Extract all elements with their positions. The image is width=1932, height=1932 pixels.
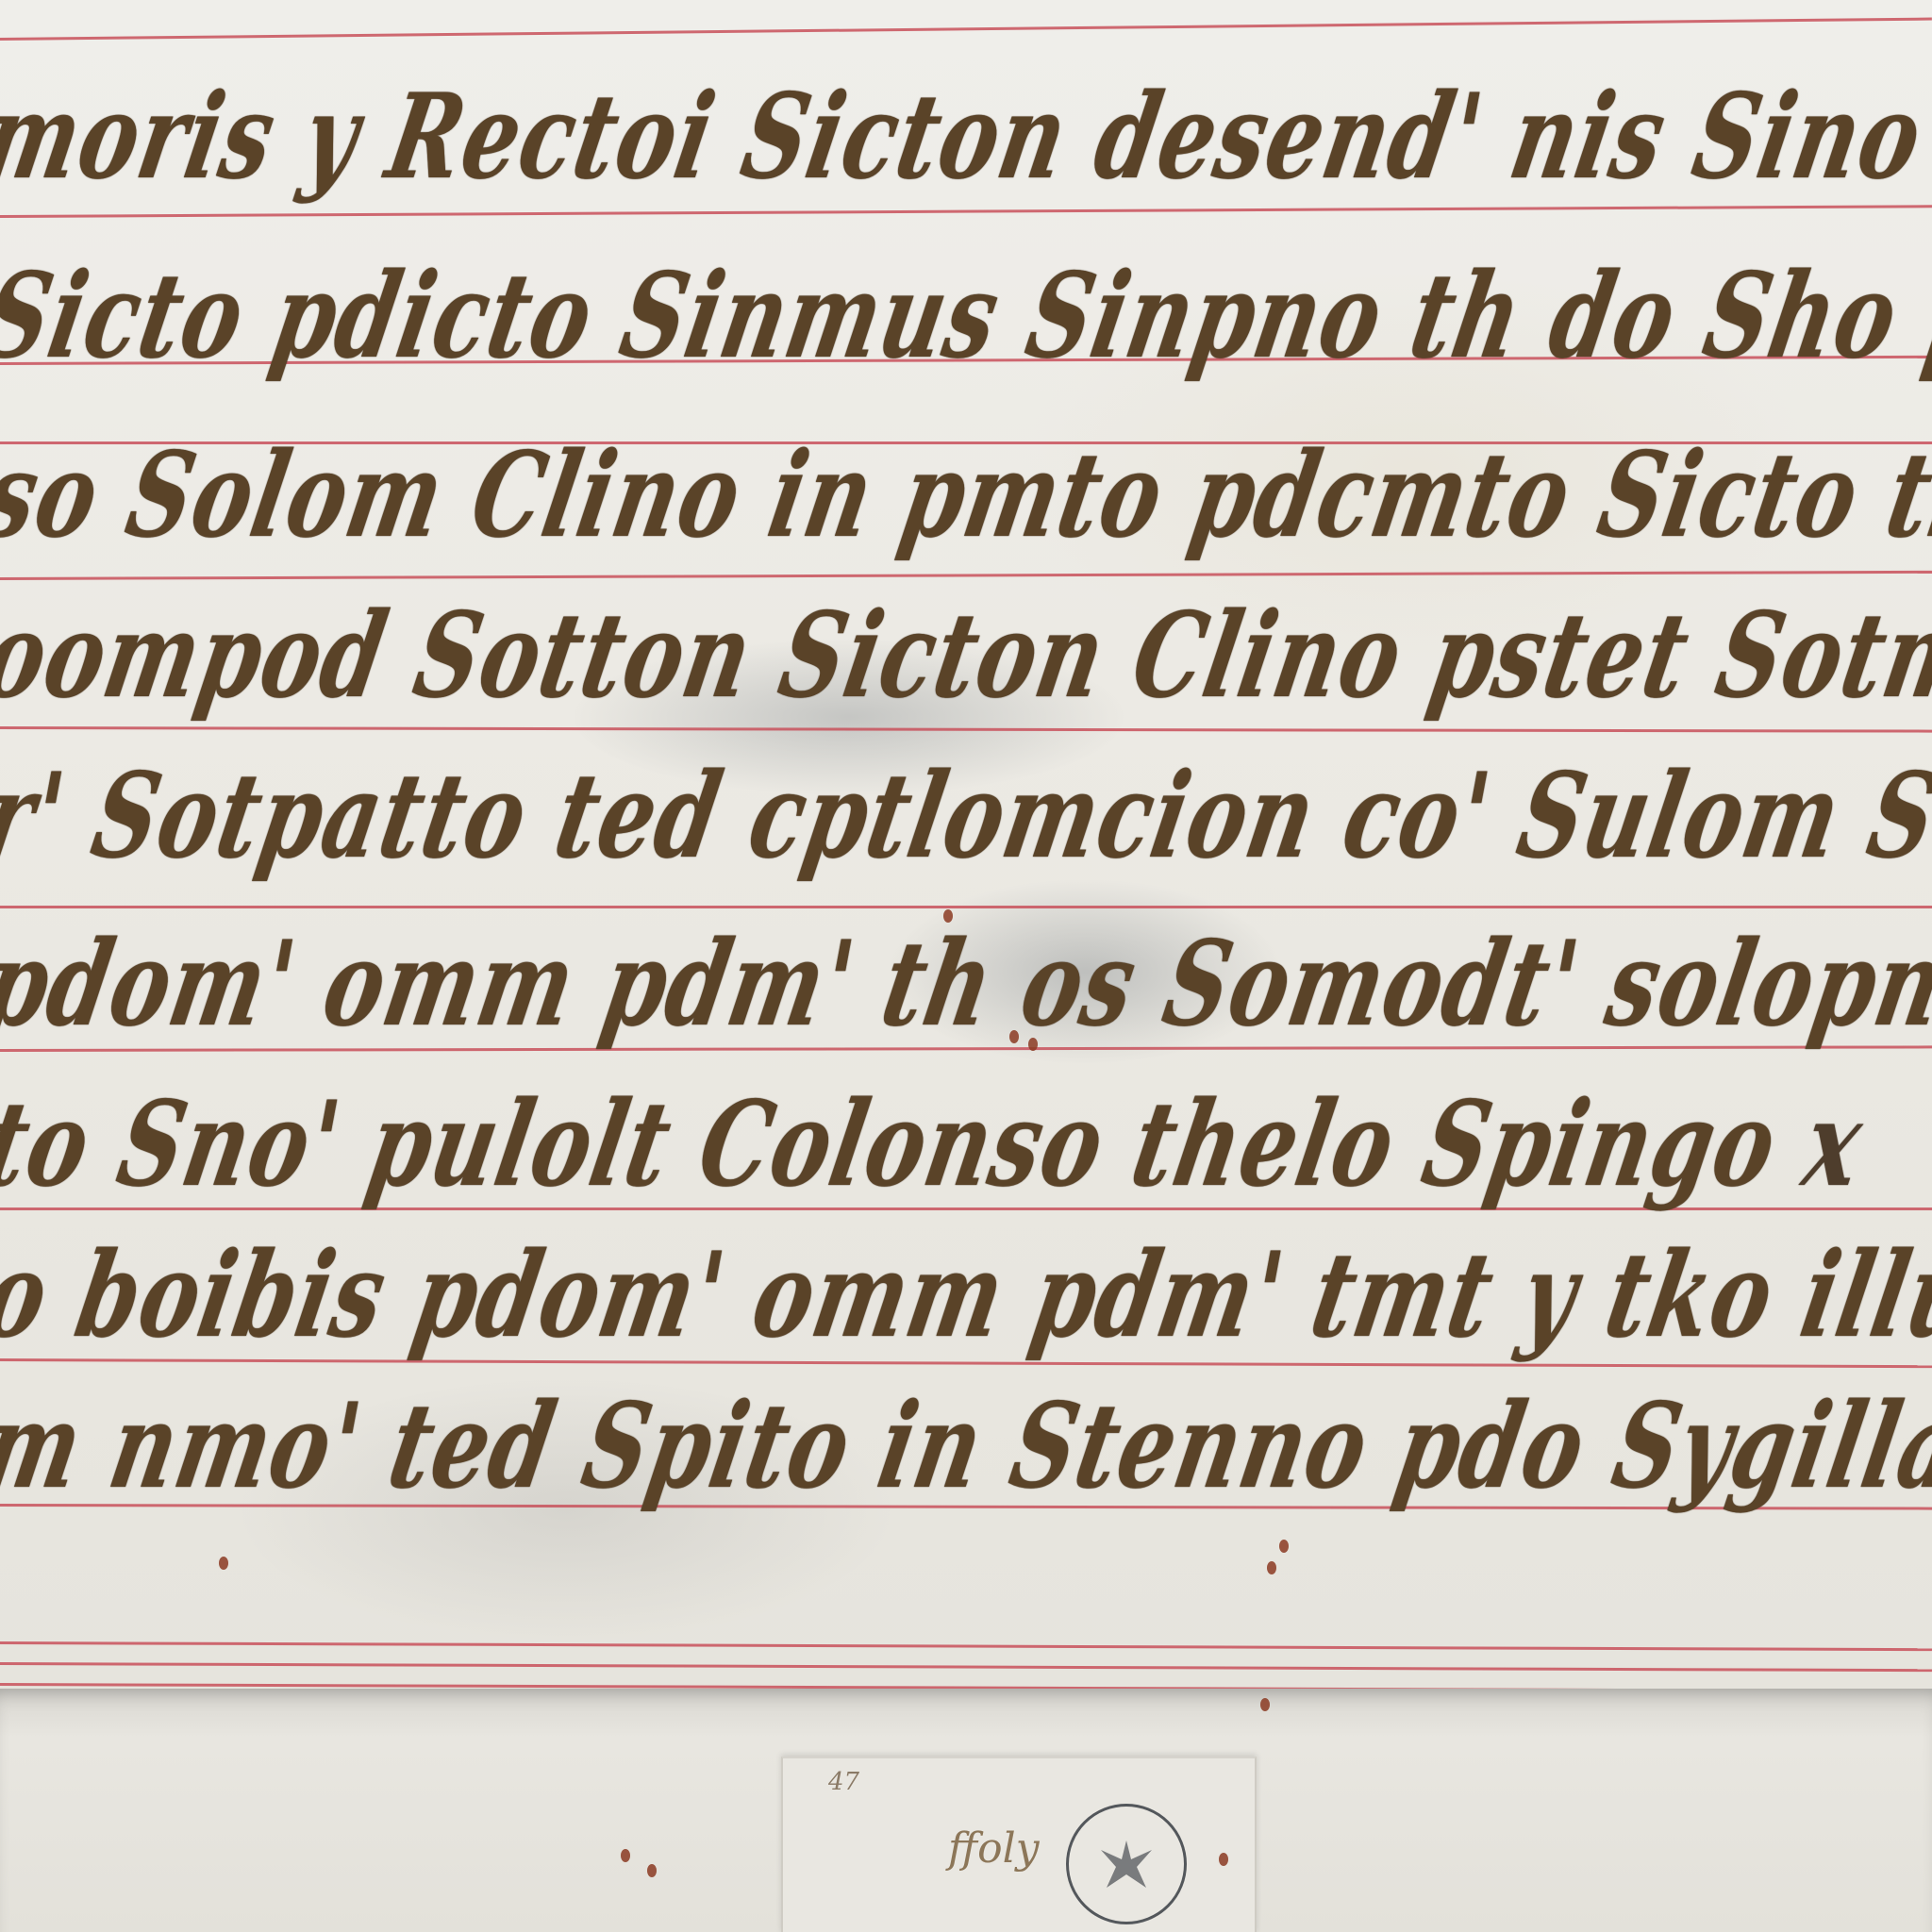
x-filler-marks: x x x x x x x bbox=[1794, 1075, 1932, 1213]
manuscript-line: m nmo' ted Spito in Stenno pdo Sygillatm… bbox=[0, 1377, 1932, 1515]
ruling-line bbox=[0, 18, 1932, 41]
manuscript-line: so Solom Clino in pmto pdcmto Sicto th p… bbox=[0, 426, 1932, 564]
parchment-sheet: moris y Rectoi Sicton desend' nis Sino p… bbox=[0, 0, 1932, 1689]
ruling-line bbox=[0, 1641, 1932, 1651]
ink-spot bbox=[621, 1849, 630, 1862]
manuscript-line: Sicto pdicto Sinmus Sinpno th do Sho pmo… bbox=[0, 247, 1932, 385]
manuscript-line: oompod Sotton Sicton Clino pstet Sotmolo… bbox=[0, 587, 1932, 724]
eagle-stamp-icon bbox=[1066, 1804, 1187, 1924]
ink-spot bbox=[1219, 1853, 1228, 1866]
ink-spot bbox=[1260, 1698, 1270, 1711]
eagle-icon bbox=[1084, 1822, 1169, 1907]
ink-spot bbox=[1279, 1540, 1289, 1553]
ink-spot bbox=[943, 909, 953, 923]
seal-tag: 47 ffoly bbox=[781, 1757, 1257, 1932]
ruling-line bbox=[0, 906, 1932, 908]
tag-inscription: ffoly bbox=[948, 1824, 1040, 1873]
ruling-line bbox=[0, 571, 1932, 580]
ink-spot bbox=[1009, 1030, 1019, 1043]
ink-spot bbox=[219, 1557, 228, 1570]
manuscript-line: pdom' omm pdm' th os Somodt' solopnetilo… bbox=[0, 915, 1932, 1053]
manuscript-line: r' Sotpatto ted cptlomcion co' Sulom Sot… bbox=[0, 747, 1932, 885]
ruling-line bbox=[0, 726, 1932, 733]
ink-spot bbox=[647, 1864, 657, 1877]
line-text: to Sno' pulolt Colonso thelo Spingo bbox=[0, 1075, 1788, 1213]
manuscript-line: to Sno' pulolt Colonso thelo Spingo x x … bbox=[0, 1075, 1932, 1213]
ruling-line bbox=[0, 1662, 1932, 1672]
ink-spot bbox=[1267, 1561, 1276, 1574]
tag-number: 47 bbox=[828, 1768, 859, 1796]
manuscript-line: moris y Rectoi Sicton desend' nis Sino p… bbox=[0, 68, 1932, 206]
manuscript-line: o boibis pdom' omm pdm' tmt y tko illud … bbox=[0, 1226, 1932, 1364]
ink-spot bbox=[1028, 1038, 1038, 1051]
ruling-line bbox=[0, 205, 1932, 218]
